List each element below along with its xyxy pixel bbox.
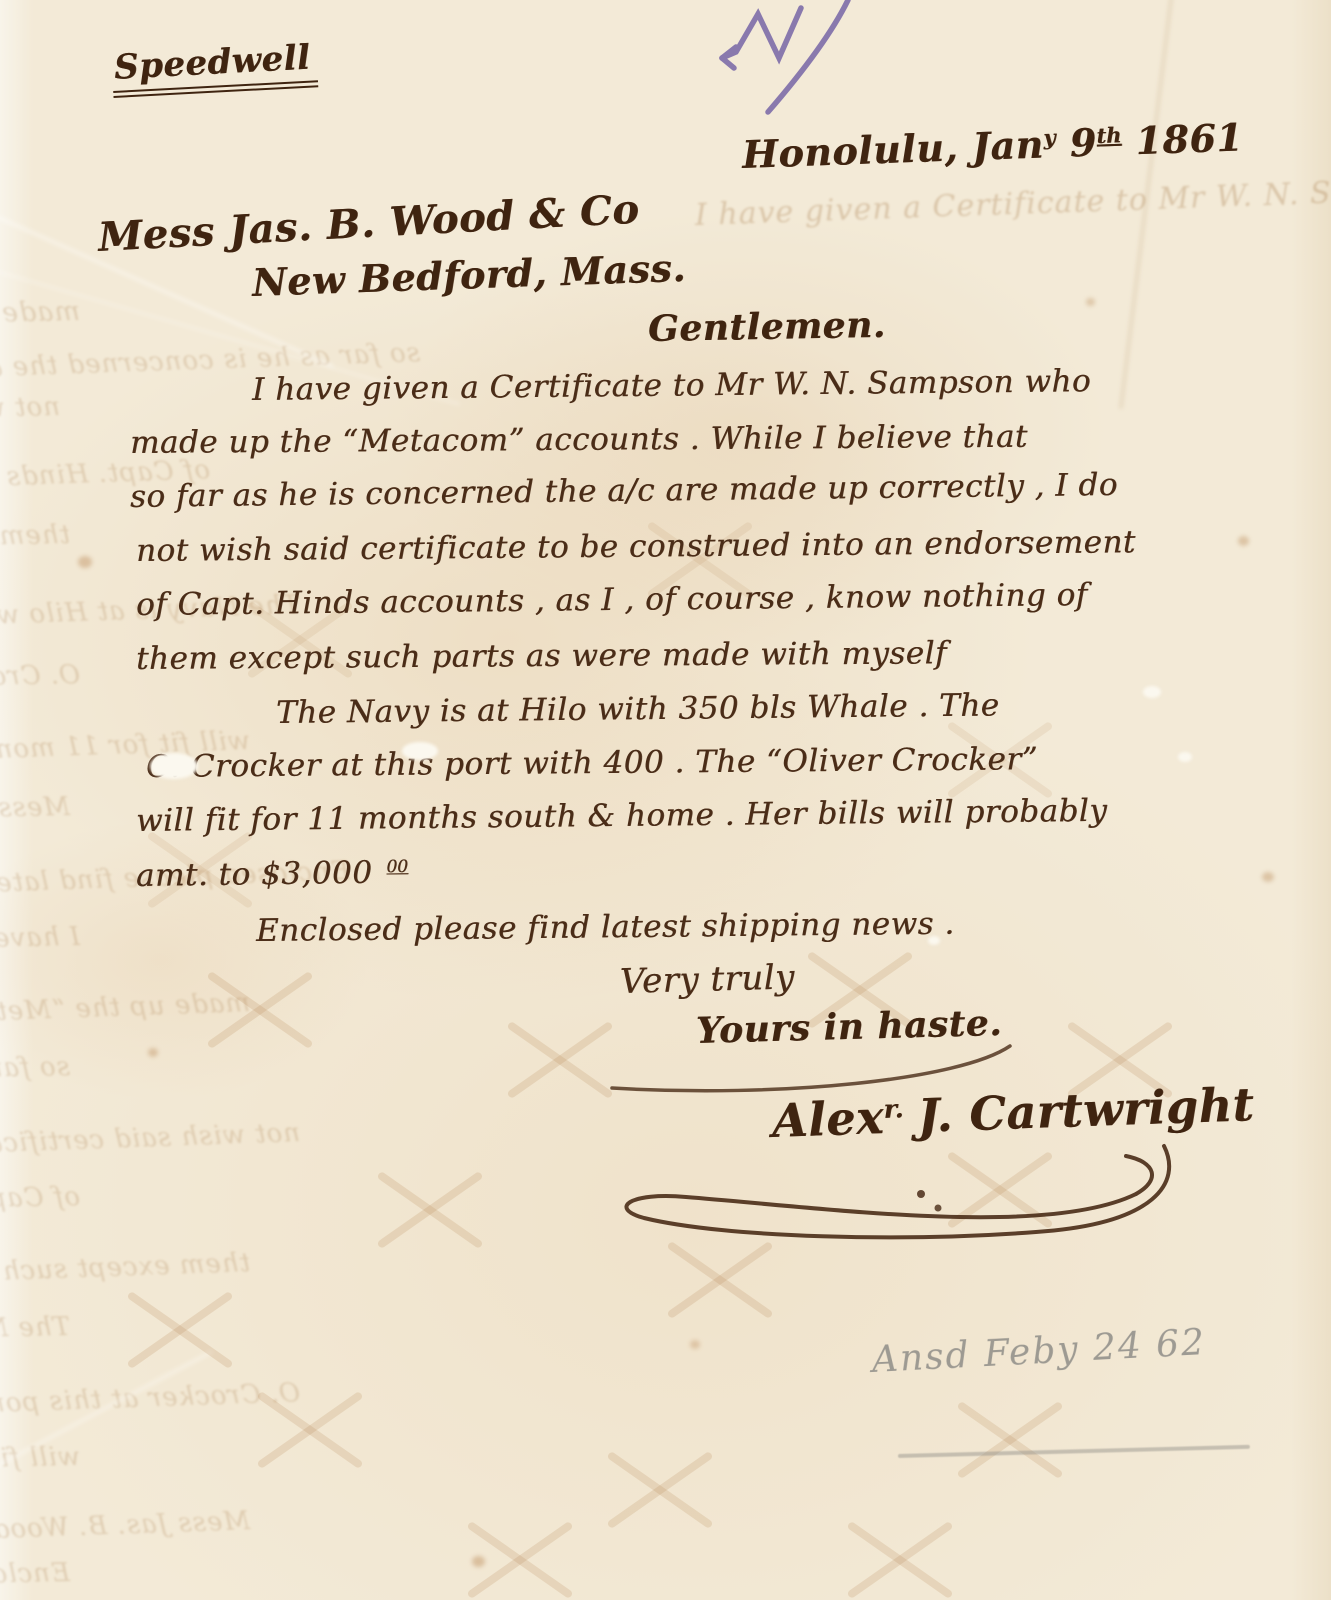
bleedthrough-text: them except such parts as were made with… <box>0 520 70 562</box>
bleedthrough-text: I have given a Certificate to Mr W. N. S… <box>694 169 1331 233</box>
address-line-2: New Bedford, Mass. <box>251 245 686 305</box>
answered-note-underline <box>898 1445 1250 1458</box>
body-line: them except such parts as were made with… <box>136 635 947 677</box>
docket-ship-name: Speedwell <box>111 37 317 88</box>
bleedthrough-text: them except such parts as were made with… <box>0 1248 251 1303</box>
body-line: so far as he is concerned the a/c are ma… <box>130 467 1118 515</box>
bleedthrough-text: Mess Jas. B. Wood & Co <box>0 792 70 828</box>
letter-scan-page: Speedwell Honolulu,Jany9th1861 Mess Jas.… <box>0 0 1331 1600</box>
bleedthrough-text: not wish said certificate to be construe… <box>0 1118 301 1178</box>
body-line: O. Crocker at this port with 400 . The “… <box>146 741 1038 785</box>
dateline-day: 9 <box>1069 120 1098 166</box>
amount-line: amt. to $3,00000 <box>136 854 409 894</box>
bleedthrough-text: The Navy is at Hilo with 350 bls Whale .… <box>0 1312 70 1353</box>
paper-crease <box>0 1350 213 1503</box>
amount-value: amt. to $3,000 <box>136 855 373 894</box>
bleedthrough-text: not wish said certificate to be construe… <box>0 392 60 437</box>
body-line: not wish said certificate to be construe… <box>136 524 1136 569</box>
dateline-place: Honolulu, <box>741 124 959 177</box>
foxing-spot <box>690 1340 700 1349</box>
dateline-year: 1861 <box>1135 115 1244 164</box>
ship-name-label: Speedwell <box>111 37 318 98</box>
bleedthrough-text: of Capt. Hinds accounts , as I , of cour… <box>0 1182 80 1227</box>
foxing-spot <box>1262 872 1274 882</box>
bleedthrough-text: O. Crocker at this port with 400 . The “… <box>0 660 80 704</box>
foxing-spot <box>1086 298 1095 306</box>
body-line: I have given a Certificate to Mr W. N. S… <box>252 363 1091 408</box>
foxing-spot <box>78 556 92 568</box>
body-line: of Capt. Hinds accounts , as I , of cour… <box>136 577 1088 623</box>
bleedthrough-text: made up the “Metacom” accounts . While I… <box>0 296 80 341</box>
body-line: will fit for 11 months south & home . He… <box>136 793 1108 839</box>
body-line: made up the “Metacom” accounts . While I… <box>130 419 1028 461</box>
closing-line-2: Yours in haste. <box>695 1002 1002 1052</box>
ink-flake <box>1143 686 1161 698</box>
bleedthrough-text: I have given a Certificate to Mr W. N. S… <box>0 922 80 965</box>
bleedthrough-text: so far as he is concerned the a/c are ma… <box>0 1052 70 1097</box>
dateline-day-sup: th <box>1096 122 1122 148</box>
ink-flake <box>402 742 438 760</box>
enclosure-line: Enclosed please find latest shipping new… <box>256 906 955 949</box>
dateline: Honolulu,Jany9th1861 <box>741 115 1244 177</box>
foxing-spot <box>148 1048 158 1057</box>
amount-cents: 00 <box>386 857 408 877</box>
ink-flake <box>928 936 940 945</box>
foxing-spot <box>472 1556 485 1567</box>
signature-flourish <box>616 1142 1186 1262</box>
signature-rest: J. Cartwright <box>917 1077 1255 1143</box>
foxing-spot <box>1238 536 1249 546</box>
bleedthrough-text: O. Crocker at this port with 400 . The “… <box>0 1378 301 1435</box>
signature-first: Alex <box>771 1090 885 1148</box>
closing-line-1: Very truly <box>619 957 795 1002</box>
dateline-month: Jan <box>971 121 1044 168</box>
bleedthrough-text: made up the “Metacom” accounts . While I… <box>0 988 251 1045</box>
dateline-month-sup: y <box>1043 125 1056 150</box>
ink-flake <box>150 753 198 779</box>
signature: Alexr.J. Cartwright <box>771 1077 1255 1148</box>
ink-flake <box>1178 752 1192 762</box>
signature-sup: r. <box>883 1093 904 1124</box>
purple-clerk-mark-icon <box>676 0 941 140</box>
bleedthrough-text: Enclosed please find latest shipping new… <box>0 1558 70 1599</box>
answered-note: Ansd Feby 24 62 <box>871 1323 1207 1381</box>
salutation: Gentlemen. <box>648 304 886 350</box>
bleedthrough-text: Mess Jas. B. Wood & Co <box>0 1506 251 1548</box>
body-line: The Navy is at Hilo with 350 bls Whale .… <box>276 687 1000 731</box>
bleedthrough-text: will fit for 11 months south & home . He… <box>0 1442 80 1487</box>
